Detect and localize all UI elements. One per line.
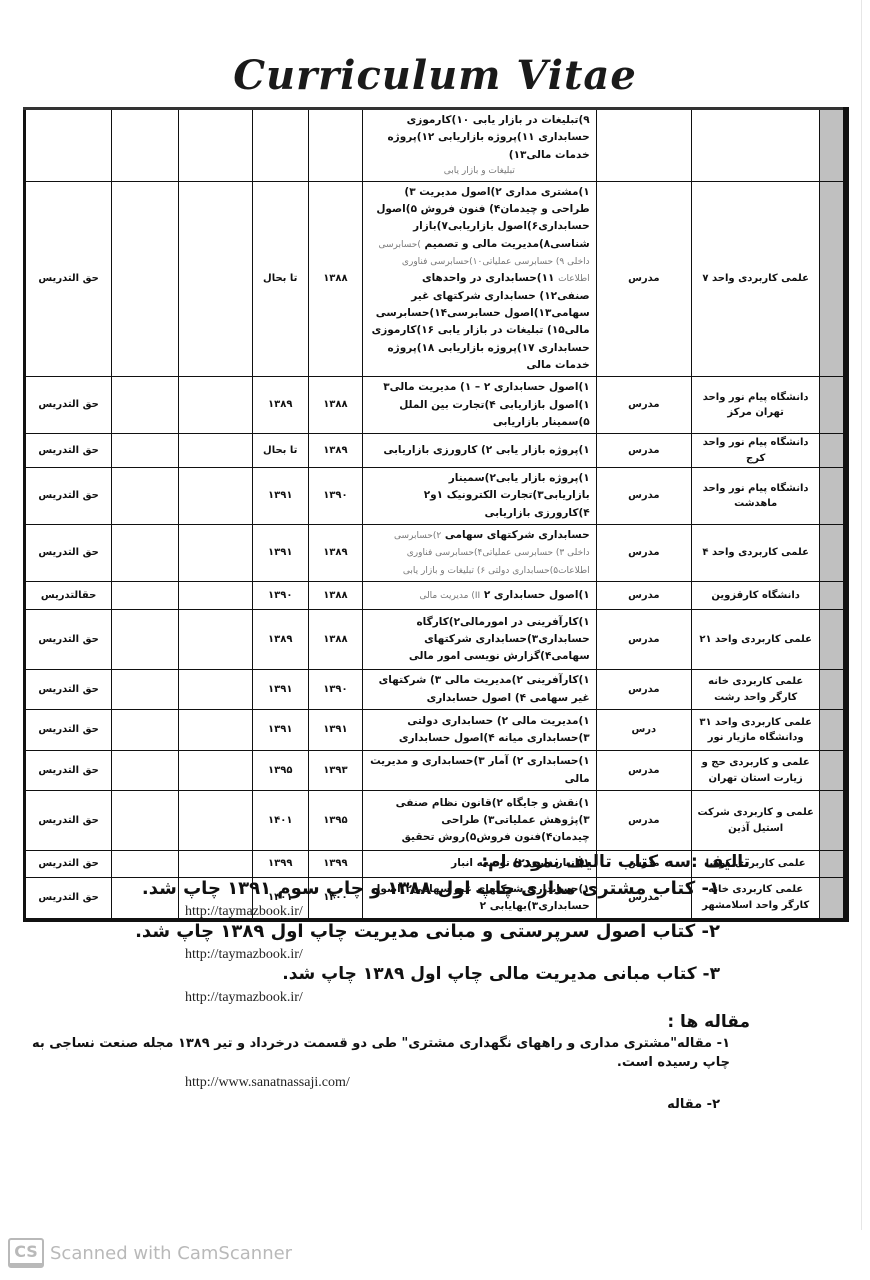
payment-cell: [25, 109, 112, 182]
courses-text: ۱)اصول حسابداری ۲: [484, 589, 590, 601]
role-cell: مدرس: [596, 434, 691, 468]
payment-cell: حق التدریس: [25, 751, 112, 791]
extra-cell-f: [112, 377, 179, 434]
courses-cell: ۱)مدیریت مالی ۲) حسابداری دولتی ۳)حسابدا…: [362, 710, 596, 751]
camscanner-logo-icon: CS: [8, 1238, 44, 1268]
row-marker-cell: [820, 791, 846, 851]
extra-cell-e: [179, 582, 252, 610]
books-heading: تالیف :سه کتاب تالیف نموده ام:: [50, 852, 750, 872]
extra-cell-f: [112, 582, 179, 610]
end-year-cell: ۱۳۹۱: [252, 710, 308, 751]
table-row: حق التدریس۱۳۹۵۱۳۹۳۱)حسابداری ۲) آمار ۳)ح…: [25, 751, 847, 791]
courses-text: ۱)نقش و جایگاه ۲)قانون نظام صنفی ۳)پژوهش…: [396, 797, 590, 844]
row-marker-cell: [820, 109, 846, 182]
courses-text: ۱)حسابداری ۲) آمار ۳)حسابداری و مدیریت م…: [370, 755, 590, 784]
watermark-text: Scanned with CamScanner: [50, 1243, 292, 1264]
book-text: کتاب مبانی مدیریت مالی چاپ اول ۱۳۸۹ چاپ …: [282, 964, 696, 984]
extra-cell-e: [179, 610, 252, 670]
courses-cell: ۱)کارآفرینی در امورمالی۲)کارگاه حسابداری…: [362, 610, 596, 670]
book-item-2: ۲- کتاب اصول سرپرستی و مبانی مدیریت چاپ …: [20, 921, 720, 942]
extra-cell-e: [179, 377, 252, 434]
row-marker-cell: [820, 377, 846, 434]
institution-cell: علمی و کاربردی شرکت استیل آذین: [691, 791, 819, 851]
end-year-cell: تا بحال: [252, 181, 308, 376]
start-year-cell: ۱۳۹۵: [308, 791, 362, 851]
row-marker-cell: [820, 582, 846, 610]
courses-text: ۱)پروژه بازار یابی ۲) کارورزی بازاریابی: [383, 444, 589, 456]
page-title: Curriculum Vitae: [0, 52, 870, 99]
courses-cell: ۱)اصول حسابداری ۲ – ۱) مدیریت مالی۳ ۱)اص…: [362, 377, 596, 434]
end-year-cell: [252, 109, 308, 182]
extra-cell-f: [112, 434, 179, 468]
institution-cell: [691, 109, 819, 182]
extra-cell-f: [112, 181, 179, 376]
article-text: مقاله: [667, 1097, 702, 1112]
courses-text: ۱)کارآفرینی در امورمالی۲)کارگاه حسابداری…: [409, 616, 590, 663]
book-link-3[interactable]: http://taymazbook.ir/: [185, 990, 303, 1006]
payment-cell: حقالتدریس: [25, 582, 112, 610]
institution-cell: علمی و کاربردی حج و زیارت استان تهران: [691, 751, 819, 791]
page-edge: [861, 0, 862, 1230]
role-cell: مدرس: [596, 377, 691, 434]
table-row: حق التدریس۱۳۹۱۱۳۹۱۱)مدیریت مالی ۲) حسابد…: [25, 710, 847, 751]
courses-cell: ۱)نقش و جایگاه ۲)قانون نظام صنفی ۳)پژوهش…: [362, 791, 596, 851]
extra-cell-f: [112, 610, 179, 670]
courses-text: ۱)مدیریت مالی ۲) حسابداری دولتی ۳)حسابدا…: [399, 715, 590, 744]
end-year-cell: ۱۳۹۱: [252, 468, 308, 525]
book-number: ۱-: [702, 878, 720, 899]
table-row: حق التدریس۱۳۸۹۱۳۸۸۱)کارآفرینی در امورمال…: [25, 610, 847, 670]
start-year-cell: ۱۳۸۸: [308, 377, 362, 434]
book-item-3: ۳- کتاب مبانی مدیریت مالی چاپ اول ۱۳۸۹ چ…: [20, 964, 720, 984]
end-year-cell: تا بحال: [252, 434, 308, 468]
extra-cell-e: [179, 525, 252, 582]
courses-cell: ۱)پروژه بازار یابی۲)سمینار بازاریابی۳)تج…: [362, 468, 596, 525]
table-row: حق التدریستا بحال۱۳۸۹۱)پروژه بازار یابی …: [25, 434, 847, 468]
row-marker-cell: [820, 181, 846, 376]
courses-text: حسابداری شرکتهای سهامی: [445, 529, 590, 541]
institution-cell: علمی کاربردی خانه کارگر واحد رشت: [691, 670, 819, 710]
courses-secondary-text: تبلیغات و بازار یابی: [369, 164, 590, 179]
institution-cell: علمی کاربردی واحد ۲۱: [691, 610, 819, 670]
extra-cell-e: [179, 710, 252, 751]
institution-cell: دانشگاه پیام نور واحد ماهدشت: [691, 468, 819, 525]
row-marker-cell: [820, 670, 846, 710]
end-year-cell: ۱۳۹۵: [252, 751, 308, 791]
extra-cell-f: [112, 525, 179, 582]
end-year-cell: ۱۳۹۱: [252, 670, 308, 710]
row-marker-cell: [820, 525, 846, 582]
institution-cell: دانشگاه کارقزوین: [691, 582, 819, 610]
extra-cell-f: [112, 670, 179, 710]
article-link-1[interactable]: http://www.sanatnassaji.com/: [185, 1075, 350, 1091]
book-number: ۳-: [703, 964, 720, 984]
book-item-1: ۱- کتاب مشتری مداری چاپ اول ۱۳۸۸ و چاپ س…: [20, 878, 720, 899]
end-year-cell: ۱۳۸۹: [252, 610, 308, 670]
courses-cell: ۹)تبلیغات در بازار یابی ۱۰)کارموزی حسابد…: [362, 109, 596, 182]
extra-cell-e: [179, 468, 252, 525]
payment-cell: حق التدریس: [25, 468, 112, 525]
courses-secondary-text: II) مدیریت مالی: [419, 591, 480, 601]
institution-cell: علمی کاربردی واحد ۳۱ ودانشگاه مازیار نور: [691, 710, 819, 751]
institution-cell: علمی کاربردی واحد ۷: [691, 181, 819, 376]
institution-cell: علمی کاربردی واحد ۴: [691, 525, 819, 582]
end-year-cell: ۱۳۸۹: [252, 377, 308, 434]
extra-cell-f: [112, 791, 179, 851]
row-marker-cell: [820, 878, 846, 920]
article-item-1: ۱- مقاله"مشتری مداری و راههای نگهداری مش…: [30, 1035, 730, 1073]
end-year-cell: ۱۳۹۰: [252, 582, 308, 610]
extra-cell-e: [179, 434, 252, 468]
extra-cell-f: [112, 468, 179, 525]
payment-cell: حق التدریس: [25, 525, 112, 582]
extra-cell-e: [179, 751, 252, 791]
article-item-2: ۲- مقاله: [20, 1097, 720, 1112]
extra-cell-f: [112, 710, 179, 751]
role-cell: درس: [596, 710, 691, 751]
book-link-1[interactable]: http://taymazbook.ir/: [185, 904, 303, 920]
role-cell: مدرس: [596, 751, 691, 791]
role-cell: [596, 109, 691, 182]
start-year-cell: ۱۳۹۰: [308, 670, 362, 710]
end-year-cell: ۱۳۹۱: [252, 525, 308, 582]
camscanner-watermark: CS Scanned with CamScanner: [8, 1238, 292, 1268]
courses-text: ۹)تبلیغات در بازار یابی ۱۰)کارموزی حسابد…: [387, 114, 589, 161]
payment-cell: حق التدریس: [25, 791, 112, 851]
courses-text: ۱)پروژه بازار یابی۲)سمینار بازاریابی۳)تج…: [424, 472, 590, 519]
table-row: حق التدریستا بحال۱۳۸۸۱)مشتری مداری ۲)اصو…: [25, 181, 847, 376]
book-text: کتاب مشتری مداری چاپ اول ۱۳۸۸ و چاپ سوم …: [142, 878, 695, 899]
row-marker-cell: [820, 851, 846, 878]
row-marker-cell: [820, 434, 846, 468]
end-year-cell: ۱۴۰۱: [252, 791, 308, 851]
teaching-history-table: ۹)تبلیغات در بازار یابی ۱۰)کارموزی حسابد…: [23, 107, 849, 922]
book-link-2[interactable]: http://taymazbook.ir/: [185, 947, 303, 963]
courses-cell: ۱)پروژه بازار یابی ۲) کارورزی بازاریابی: [362, 434, 596, 468]
payment-cell: حق التدریس: [25, 710, 112, 751]
table-row: حق التدریس۱۳۹۱۱۳۹۰۱)پروژه بازار یابی۲)سم…: [25, 468, 847, 525]
start-year-cell: ۱۳۸۹: [308, 434, 362, 468]
start-year-cell: ۱۳۹۰: [308, 468, 362, 525]
articles-heading: مقاله ها :: [50, 1012, 750, 1032]
extra-cell-e: [179, 670, 252, 710]
extra-cell-e: [179, 181, 252, 376]
table-row: حق التدریس۱۳۹۱۱۳۹۰۱)کارآفرینی ۲)مدیریت م…: [25, 670, 847, 710]
role-cell: مدرس: [596, 610, 691, 670]
extra-cell-f: [112, 109, 179, 182]
payment-cell: حق التدریس: [25, 377, 112, 434]
role-cell: مدرس: [596, 670, 691, 710]
start-year-cell: [308, 109, 362, 182]
courses-cell: ۱)مشتری مداری ۲)اصول مدیریت ۳) طراحی و چ…: [362, 181, 596, 376]
table-row: ۹)تبلیغات در بازار یابی ۱۰)کارموزی حسابد…: [25, 109, 847, 182]
payment-cell: حق التدریس: [25, 434, 112, 468]
article-text: مقاله"مشتری مداری و راههای نگهداری مشتری…: [32, 1036, 730, 1070]
role-cell: مدرس: [596, 525, 691, 582]
role-cell: مدرس: [596, 582, 691, 610]
start-year-cell: ۱۳۸۸: [308, 582, 362, 610]
institution-cell: دانشگاه پیام نور واحد کرج: [691, 434, 819, 468]
book-text: کتاب اصول سرپرستی و مبانی مدیریت چاپ اول…: [135, 921, 695, 942]
table-row: حق التدریس۱۳۸۹۱۳۸۸۱)اصول حسابداری ۲ – ۱)…: [25, 377, 847, 434]
row-marker-cell: [820, 710, 846, 751]
article-number: ۲-: [707, 1097, 720, 1112]
start-year-cell: ۱۳۸۸: [308, 181, 362, 376]
courses-cell: ۱)کارآفرینی ۲)مدیریت مالی ۳) شرکتهای غیر…: [362, 670, 596, 710]
payment-cell: حق التدریس: [25, 610, 112, 670]
courses-text-continued: ۱۱)حسابداری در واحدهای صنفی۱۲) حسابداری …: [372, 272, 590, 371]
role-cell: مدرس: [596, 468, 691, 525]
table-row: حقالتدریس۱۳۹۰۱۳۸۸۱)اصول حسابداری ۲ II) م…: [25, 582, 847, 610]
payment-cell: حق التدریس: [25, 670, 112, 710]
article-number: ۱-: [717, 1036, 730, 1051]
courses-cell: ۱)حسابداری ۲) آمار ۳)حسابداری و مدیریت م…: [362, 751, 596, 791]
row-marker-cell: [820, 610, 846, 670]
role-cell: مدرس: [596, 791, 691, 851]
start-year-cell: ۱۳۸۹: [308, 525, 362, 582]
start-year-cell: ۱۳۸۸: [308, 610, 362, 670]
table-row: حق التدریس۱۴۰۱۱۳۹۵۱)نقش و جایگاه ۲)قانون…: [25, 791, 847, 851]
courses-cell: حسابداری شرکتهای سهامی ۲)حسابرسی داخلی ۳…: [362, 525, 596, 582]
table-row: حق التدریس۱۳۹۱۱۳۸۹حسابداری شرکتهای سهامی…: [25, 525, 847, 582]
courses-text: ۱)اصول حسابداری ۲ – ۱) مدیریت مالی۳ ۱)اص…: [383, 381, 590, 428]
start-year-cell: ۱۳۹۳: [308, 751, 362, 791]
book-number: ۲-: [702, 921, 720, 942]
row-marker-cell: [820, 751, 846, 791]
row-marker-cell: [820, 468, 846, 525]
courses-text: ۱)کارآفرینی ۲)مدیریت مالی ۳) شرکتهای غیر…: [379, 674, 590, 703]
extra-cell-e: [179, 791, 252, 851]
institution-cell: دانشگاه پیام نور واحد تهران مرکز: [691, 377, 819, 434]
extra-cell-f: [112, 751, 179, 791]
role-cell: مدرس: [596, 181, 691, 376]
extra-cell-e: [179, 109, 252, 182]
payment-cell: حق التدریس: [25, 181, 112, 376]
start-year-cell: ۱۳۹۱: [308, 710, 362, 751]
courses-cell: ۱)اصول حسابداری ۲ II) مدیریت مالی: [362, 582, 596, 610]
